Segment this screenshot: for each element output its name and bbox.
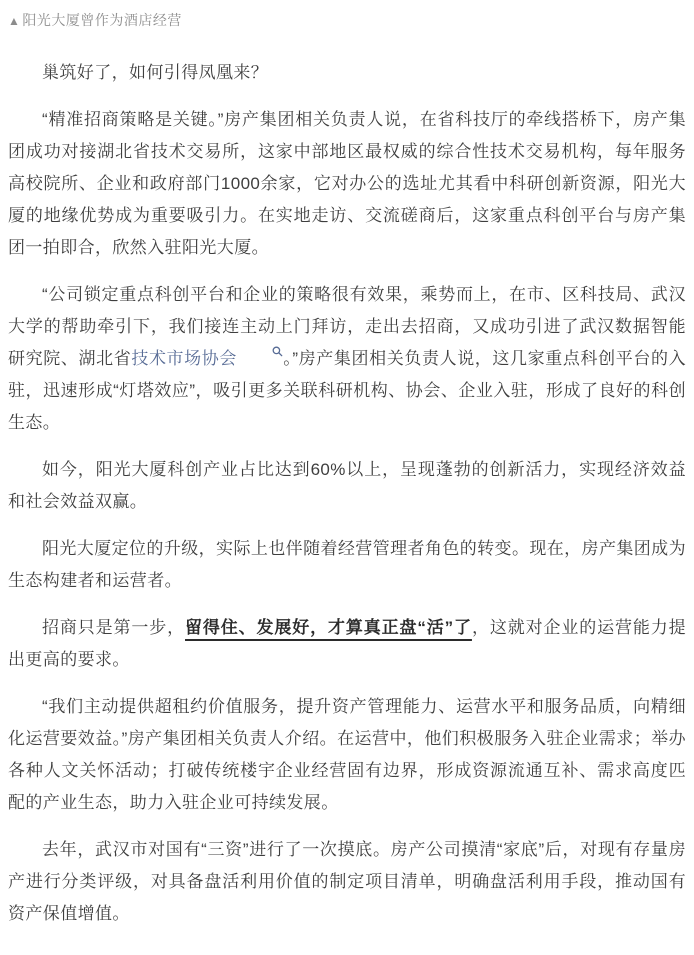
paragraph-question: 巢筑好了，如何引得凤凰来？ [8, 57, 686, 89]
paragraph-platforms: “公司锁定重点科创平台和企业的策略很有效果，乘势而上，在市、区科技局、武汉大学的… [8, 279, 686, 439]
emphasis-bold-underline: 留得住、发展好，才算真正盘“活”了 [185, 618, 472, 637]
paragraph-assets: 去年，武汉市对国有“三资”进行了一次摸底。房产公司摸清“家底”后，对现有存量房产… [8, 834, 686, 930]
paragraph-services: “我们主动提供超租约价值服务，提升资产管理能力、运营水平和服务品质，向精细化运营… [8, 691, 686, 819]
link-technology-market-association[interactable]: 技术市场协会 [131, 349, 283, 368]
search-icon[interactable] [238, 346, 283, 357]
image-caption: ▲阳光大厦曾作为酒店经营 [8, 10, 686, 31]
paragraph-proportion: 如今，阳光大厦科创产业占比达到60%以上，呈现蓬勃的创新活力，实现经济效益和社会… [8, 454, 686, 518]
image-caption-text: 阳光大厦曾作为酒店经营 [22, 12, 182, 28]
paragraph-retention-before-bold: 招商只是第一步， [42, 618, 185, 637]
triangle-marker-icon: ▲ [8, 14, 20, 28]
link-text[interactable]: 技术市场协会 [131, 349, 237, 368]
paragraph-strategy: “精准招商策略是关键。”房产集团相关负责人说，在省科技厅的牵线搭桥下，房产集团成… [8, 104, 686, 264]
article-page: ▲阳光大厦曾作为酒店经营 巢筑好了，如何引得凤凰来？ “精准招商策略是关键。”房… [0, 0, 694, 955]
paragraph-role-change: 阳光大厦定位的升级，实际上也伴随着经营管理者角色的转变。现在，房产集团成为生态构… [8, 533, 686, 597]
paragraph-retention: 招商只是第一步，留得住、发展好，才算真正盘“活”了，这就对企业的运营能力提出更高… [8, 612, 686, 676]
